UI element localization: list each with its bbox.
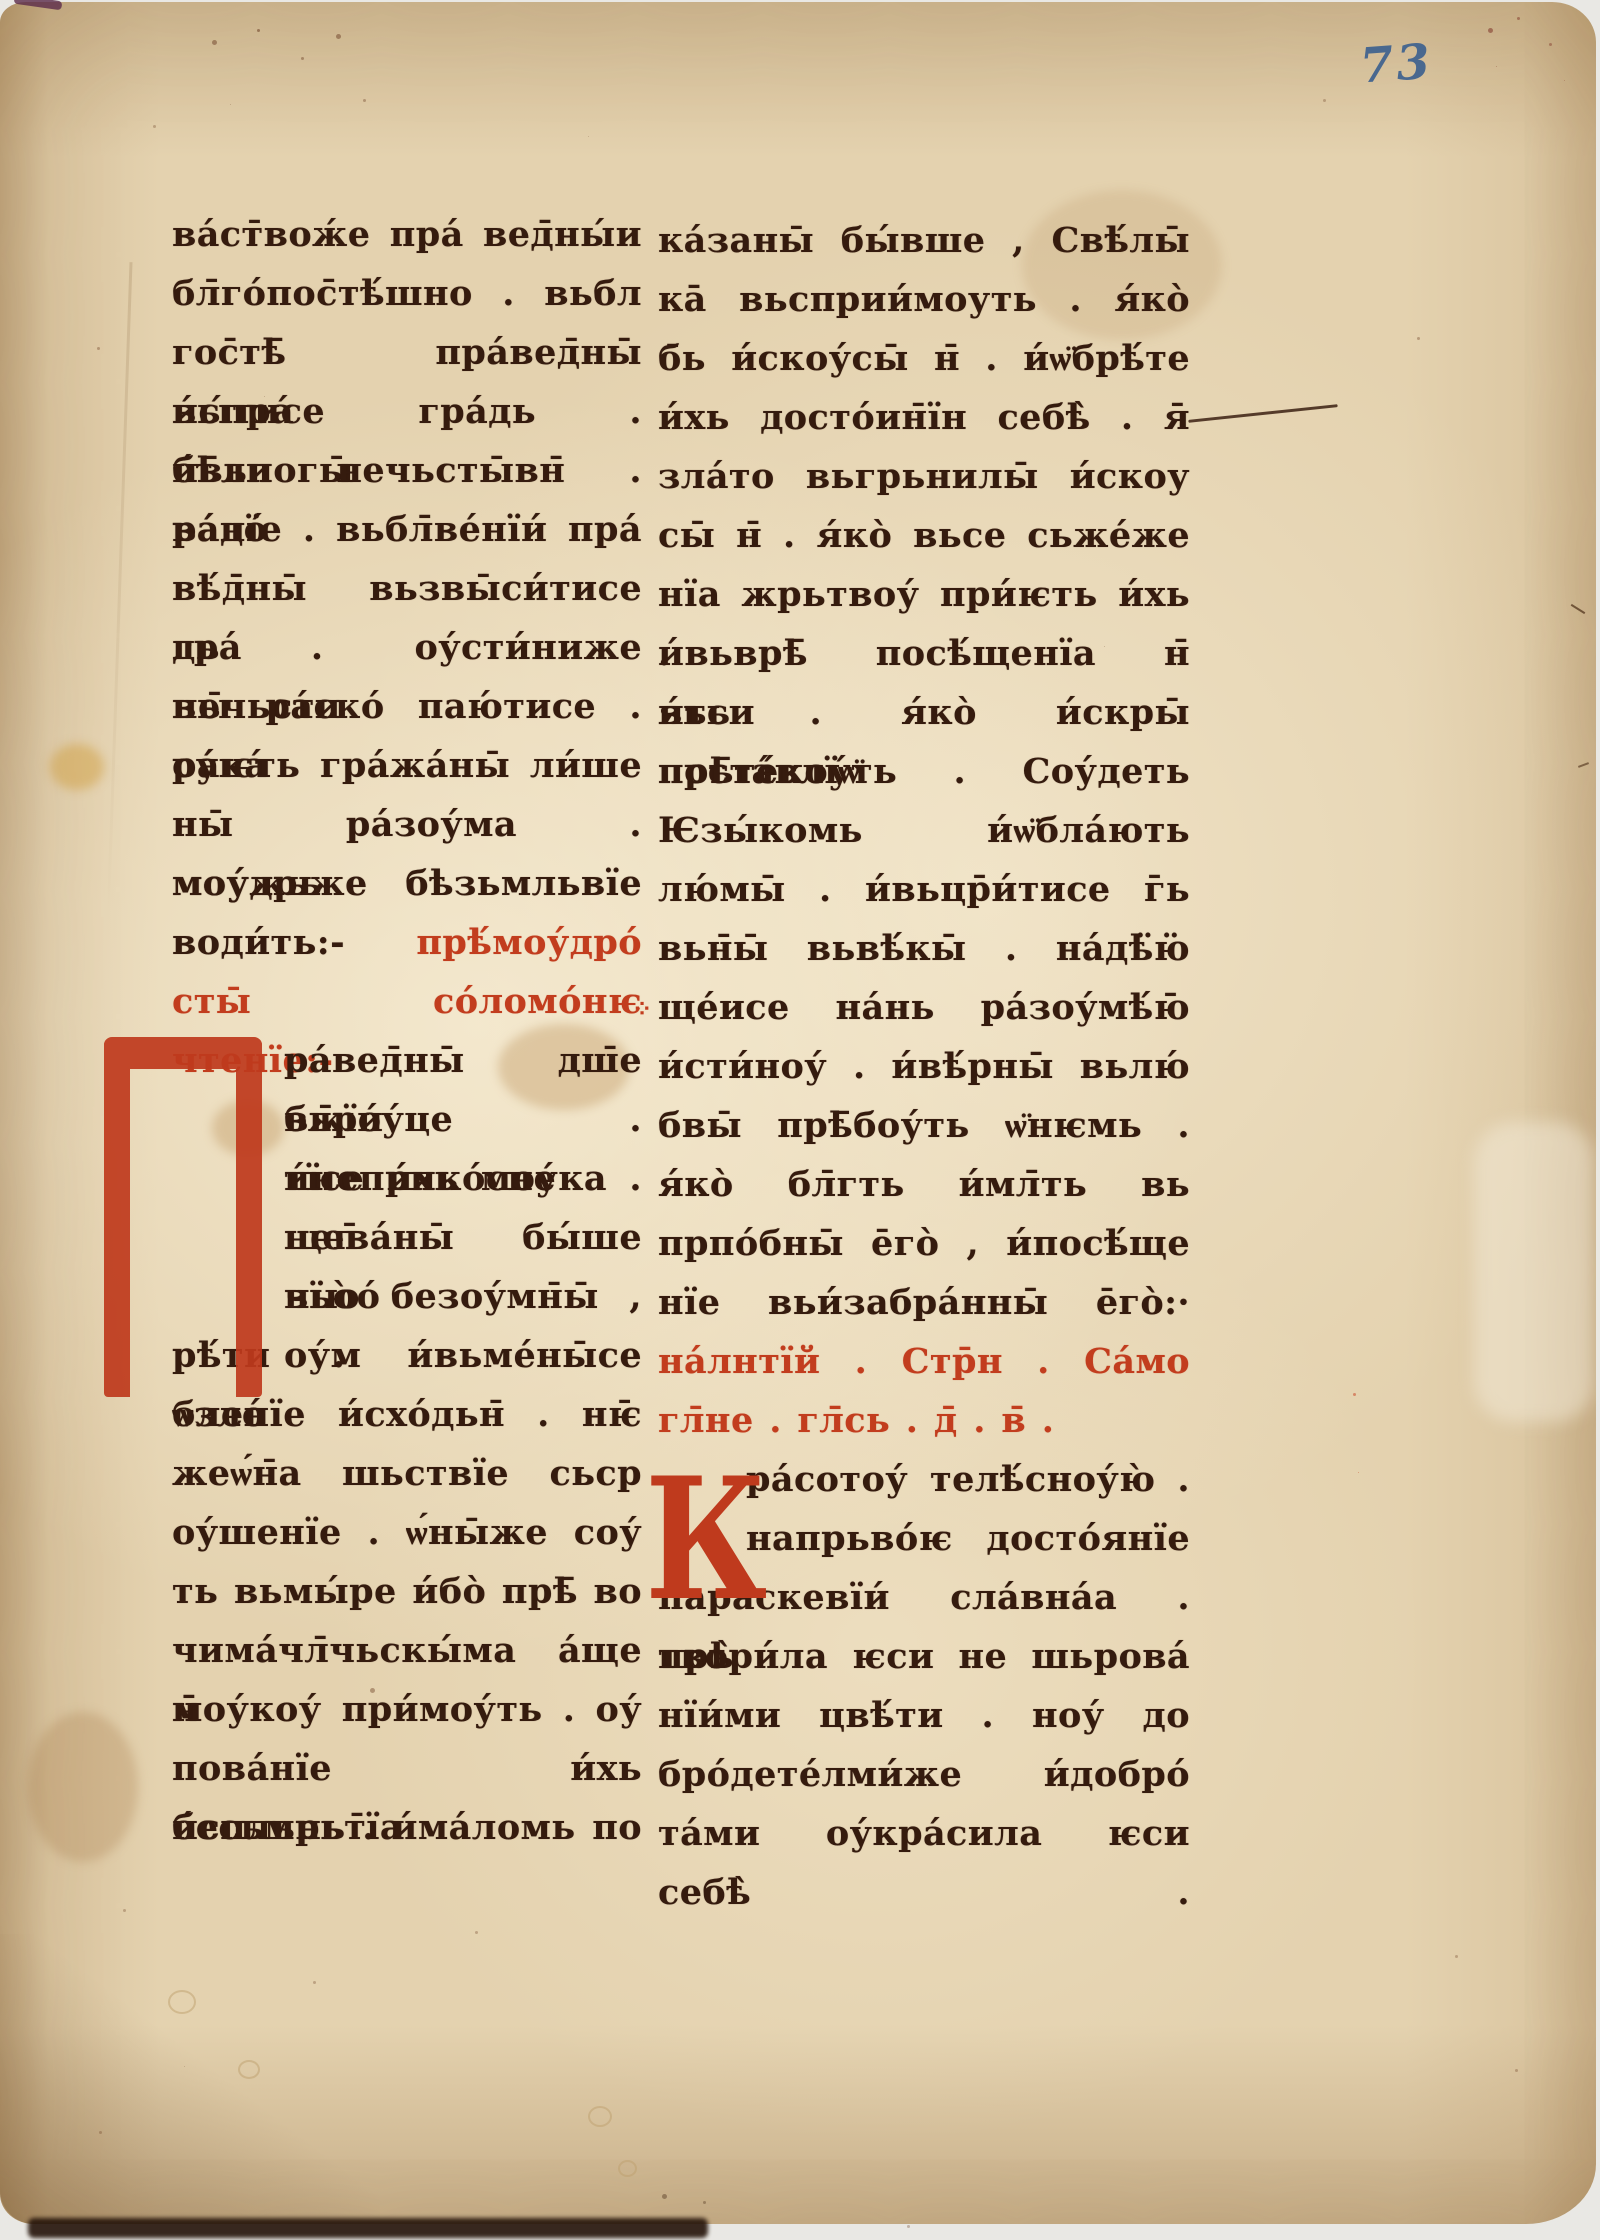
repair-patch — [1474, 1122, 1594, 1422]
ink-text: ще́исе на́нь ра́зоу́мѣ́ю̄ — [658, 987, 1190, 1028]
text-line: сы̄ н̄ . я́ко̀ вьсе сьже́же — [658, 506, 1190, 565]
text-line: сты̄ со́ломо́нѥ чтенїе:- — [172, 972, 642, 1031]
text-line: нїи́ми цвѣ́ти . ноу́ до — [658, 1686, 1190, 1745]
bottom-left-corner-shadow — [0, 1934, 380, 2224]
text-line: пова́нїе и́хь бесьмрьт̄їа — [172, 1739, 642, 1798]
ink-text: лю́мы̄ . и́вьцр̄и́тисе г̄ь — [658, 869, 1190, 910]
text-line: нїе вьи́забра́нны̄ е̄го̀:· — [658, 1273, 1190, 1332]
ink-text: моу́дрь бѣзьмльвїе — [172, 863, 642, 904]
ink-text: я́ко̀ бл̄гть и́мл̄ть вь — [658, 1164, 1190, 1205]
text-line: ны̄ ра́зоу́ма . моу́жьже — [172, 795, 642, 854]
text-line: оу́шенїе . ѡ́ны̄же соу́ — [172, 1503, 642, 1562]
ink-text: ва́нїе . вьбл̄ве́нїи́ пра́ — [172, 509, 642, 550]
folio-number: 73 — [1358, 34, 1435, 95]
text-line: чїю̀ безоу́мн̄ы̄ , оу́м — [284, 1267, 642, 1326]
text-line: и́спльнь . и́ма́ломь по — [172, 1798, 642, 1857]
text-line: и́хь досто́ин̄їн себѣ̀ . я̄ — [658, 388, 1190, 447]
text-line: моу́коу́ при́моу́ть . оу́ — [172, 1680, 642, 1739]
text-line: зла́то вьгрьнилы̄ и́скоу — [658, 447, 1190, 506]
ink-text: и́сти́ноу́ . и́вѣ́рны̄ вьлю́ — [658, 1046, 1190, 1087]
text-line: и́вьврѣ̄ посѣ́щенїа н̄ вьси — [658, 624, 1190, 683]
text-line: щева́ны̄ бы́ше вьоо́ — [284, 1208, 642, 1267]
text-line: бѣ̄ли нечьсты̄вн̄ . ра́до́ — [172, 441, 642, 500]
text-line: тїсе и́хь моу́ка . неп̄ — [284, 1149, 642, 1208]
stain-yellow — [50, 744, 104, 790]
text-line: нїа жрьтвоу́ при́ѥть и́хь . — [658, 565, 1190, 624]
ink-text: твори́ла ѥси не шьрова́ — [658, 1636, 1190, 1677]
text-line: лю́мы̄ . и́вьцр̄и́тисе г̄ь — [658, 860, 1190, 919]
margin-pen-stroke — [1188, 404, 1337, 423]
ink-text: бвы̄ прѣ̄боу́ть ѡ̈нѥмь . — [658, 1105, 1190, 1146]
text-line: ра́сотоу́ телѣ́сноу́ю̀ . — [746, 1450, 1190, 1509]
ink-text: нїи́ми цвѣ́ти . ноу́ до — [658, 1695, 1190, 1736]
text-line: я́ко̀ бл̄гть и́мл̄ть вь — [658, 1155, 1190, 1214]
text-line: вѣ́д̄ны̄ вьзвы̄си́тисе гра́ — [172, 559, 642, 618]
text-line: вьн̄ы̄ вьвѣ́кы̄ . на́дѣ̈ю̈ — [658, 919, 1190, 978]
ink-text: нїе вьи́забра́нны̄ е̄го̀:· — [658, 1282, 1190, 1323]
text-line: гос̄тѣ̄ пра́вед̄ны̄ и́спра́ — [172, 323, 642, 382]
text-line: та́ми оу́кра́сила ѥси себѣ̀ . — [658, 1804, 1190, 1863]
left-text-column: ва́ст̄вож́е пра́ вед̄ны́ибл̄го́пос̄тѣ́шн… — [172, 205, 642, 1857]
ink-text: б̄ь и́скоу́сы̄ н̄ . и́ѡ̈брѣ́те — [658, 338, 1190, 379]
ink-text: ть вьмы́ре и́бо̀ прѣ̄ во — [172, 1571, 642, 1612]
rubric-text: на́лнтїй . Стр̄н . Са́мо — [658, 1341, 1190, 1382]
ink-text: ра́ѥть гра́жа́ны̄ ли́ше — [172, 745, 642, 786]
ink-text: Ѥзы́комь и́ѡ̈бла́ють — [658, 810, 1190, 851]
text-line: ва́ст̄вож́е пра́ вед̄ны́и — [172, 205, 642, 264]
text-line: ва́нїе . вьбл̄ве́нїи́ пра́ — [172, 500, 642, 559]
manuscript-photo: 73 ва́ст̄вож́е пра́ вед̄ны́ибл̄го́пос̄тѣ… — [0, 0, 1600, 2240]
text-line: ще́исе на́нь ра́зоу́мѣ́ю̄ — [658, 978, 1190, 1037]
ink-text: жеѡ́н̄а шьствїе сьср — [172, 1453, 642, 1494]
rubric-text: прѣ́моу́дро́ — [345, 922, 642, 963]
ink-text: зла́то вьгрьнилы̄ и́скоу — [658, 456, 1190, 497]
ink-speckles — [0, 2, 5, 7]
binding-shadow — [28, 2218, 708, 2238]
rubric-separator-mark: ⁘ — [632, 994, 652, 1023]
text-line: б̄ь и́скоу́сы̄ н̄ . и́ѡ̈брѣ́те — [658, 329, 1190, 388]
text-line: ка́заны̄ бы́вше , Свѣ́лы̄ — [658, 211, 1190, 270]
ink-text: сы̄ н̄ . я́ко̀ вьсе сьже́же — [658, 515, 1190, 556]
text-line: чима́чл̄чьскы́ма а́ще н̄ — [172, 1621, 642, 1680]
text-line: на́лнтїй . Стр̄н . Са́мо — [658, 1332, 1190, 1391]
text-line: вы̄ ра́ско́ паю́тисе . оу́ка́ — [172, 677, 642, 736]
ink-text: прѣ̄те́коу́ть . Соу́деть — [658, 751, 1190, 792]
ink-text: напрьво́ѥ досто́янїе — [746, 1518, 1190, 1559]
ink-text: бленїе и́схо́дьн̄ . нѥ̄ — [172, 1394, 642, 1435]
drop-cap-initial-ka: К — [645, 1464, 767, 1614]
ink-text: ка̄ вьсприи́моуть . я́ко̀ — [658, 279, 1190, 320]
text-line: и́сти́ноу́ . и́вѣ́рны̄ вьлю́ — [658, 1037, 1190, 1096]
ink-text: ка́заны̄ бы́вше , Свѣ́лы̄ — [658, 220, 1190, 261]
edge-hair-mark — [1571, 604, 1586, 614]
ink-text: ва́ст̄вож́е пра́ вед̄ны́и — [172, 214, 642, 255]
ink-text: та́ми оу́кра́сила ѥси себѣ̀ . — [658, 1813, 1190, 1913]
drop-cap-initial-pe — [104, 1037, 262, 1397]
text-line: бро́дете́лми́же и́добро́ — [658, 1745, 1190, 1804]
left-margin-crease — [106, 262, 132, 922]
text-line: напрьво́ѥ досто́янїе — [746, 1509, 1190, 1568]
text-line: вы́тисе гра́дь . и́вьпогы̄ — [172, 382, 642, 441]
text-line: ра́вед̄ны̄ дш̄е вьроу́це — [284, 1031, 642, 1090]
water-droplet-mark — [168, 1990, 196, 2014]
text-line: я́ть . я́ко̀ и́скры̄ поста́влїѡ̈ — [658, 683, 1190, 742]
text-line: ть вьмы́ре и́бо̀ прѣ̄ во — [172, 1562, 642, 1621]
water-droplet-mark — [238, 2060, 260, 2079]
ink-text: води́ть:- — [172, 922, 345, 963]
ink-text: оу́шенїе . ѡ́ны̄же соу́ — [172, 1512, 642, 1553]
water-droplet-mark — [618, 2160, 637, 2177]
ink-text: и́хь досто́ин̄їн себѣ̀ . я̄ — [658, 397, 1190, 438]
stain-bottom-left — [28, 1712, 138, 1862]
ink-text: моу́коу́ при́моу́ть . оу́ — [172, 1689, 642, 1730]
manuscript-page: 73 ва́ст̄вож́е пра́ вед̄ны́ибл̄го́пос̄тѣ… — [0, 2, 1596, 2224]
text-line: прпо́бны̄ е̄го̀ , и́посѣ́ще — [658, 1214, 1190, 1273]
text-line: ка̄ вьсприи́моуть . я́ко̀ — [658, 270, 1190, 329]
text-line: моу́дрь бѣзьмльвїе — [172, 854, 642, 913]
ink-text: бро́дете́лми́же и́добро́ — [658, 1754, 1190, 1795]
ink-text: ра́сотоу́ телѣ́сноу́ю̀ . — [746, 1459, 1190, 1500]
text-line: Ѥзы́комь и́ѡ̈бла́ють — [658, 801, 1190, 860]
water-droplet-mark — [588, 2106, 612, 2127]
text-line: дь . оу́сти́ниже нечьсти — [172, 618, 642, 677]
text-line: бл̄го́пос̄тѣ́шно . вьбл — [172, 264, 642, 323]
text-line: жеѡ́н̄а шьствїе сьср — [172, 1444, 642, 1503]
text-line: бвы̄ прѣ̄боу́ть ѡ̈нѥмь . — [658, 1096, 1190, 1155]
ink-text: и́спльнь . и́ма́ломь по — [172, 1807, 642, 1848]
ink-text: бл̄го́пос̄тѣ́шно . вьбл — [172, 273, 642, 314]
text-line: бж̄їи́ . и́неприко́сне — [284, 1090, 642, 1149]
ink-text: прпо́бны̄ е̄го̀ , и́посѣ́ще — [658, 1223, 1190, 1264]
ink-text: вьн̄ы̄ вьвѣ́кы̄ . на́дѣ̈ю̈ — [658, 928, 1190, 969]
edge-hair-mark — [1578, 762, 1589, 768]
rubric-text: гл̄не . гл̄сь . д̄ . в̄ . — [658, 1400, 1054, 1441]
text-line: ра́ѥть гра́жа́ны̄ ли́ше — [172, 736, 642, 795]
text-line: прѣ̄те́коу́ть . Соу́деть — [658, 742, 1190, 801]
text-line: води́ть:- прѣ́моу́дро́ — [172, 913, 642, 972]
